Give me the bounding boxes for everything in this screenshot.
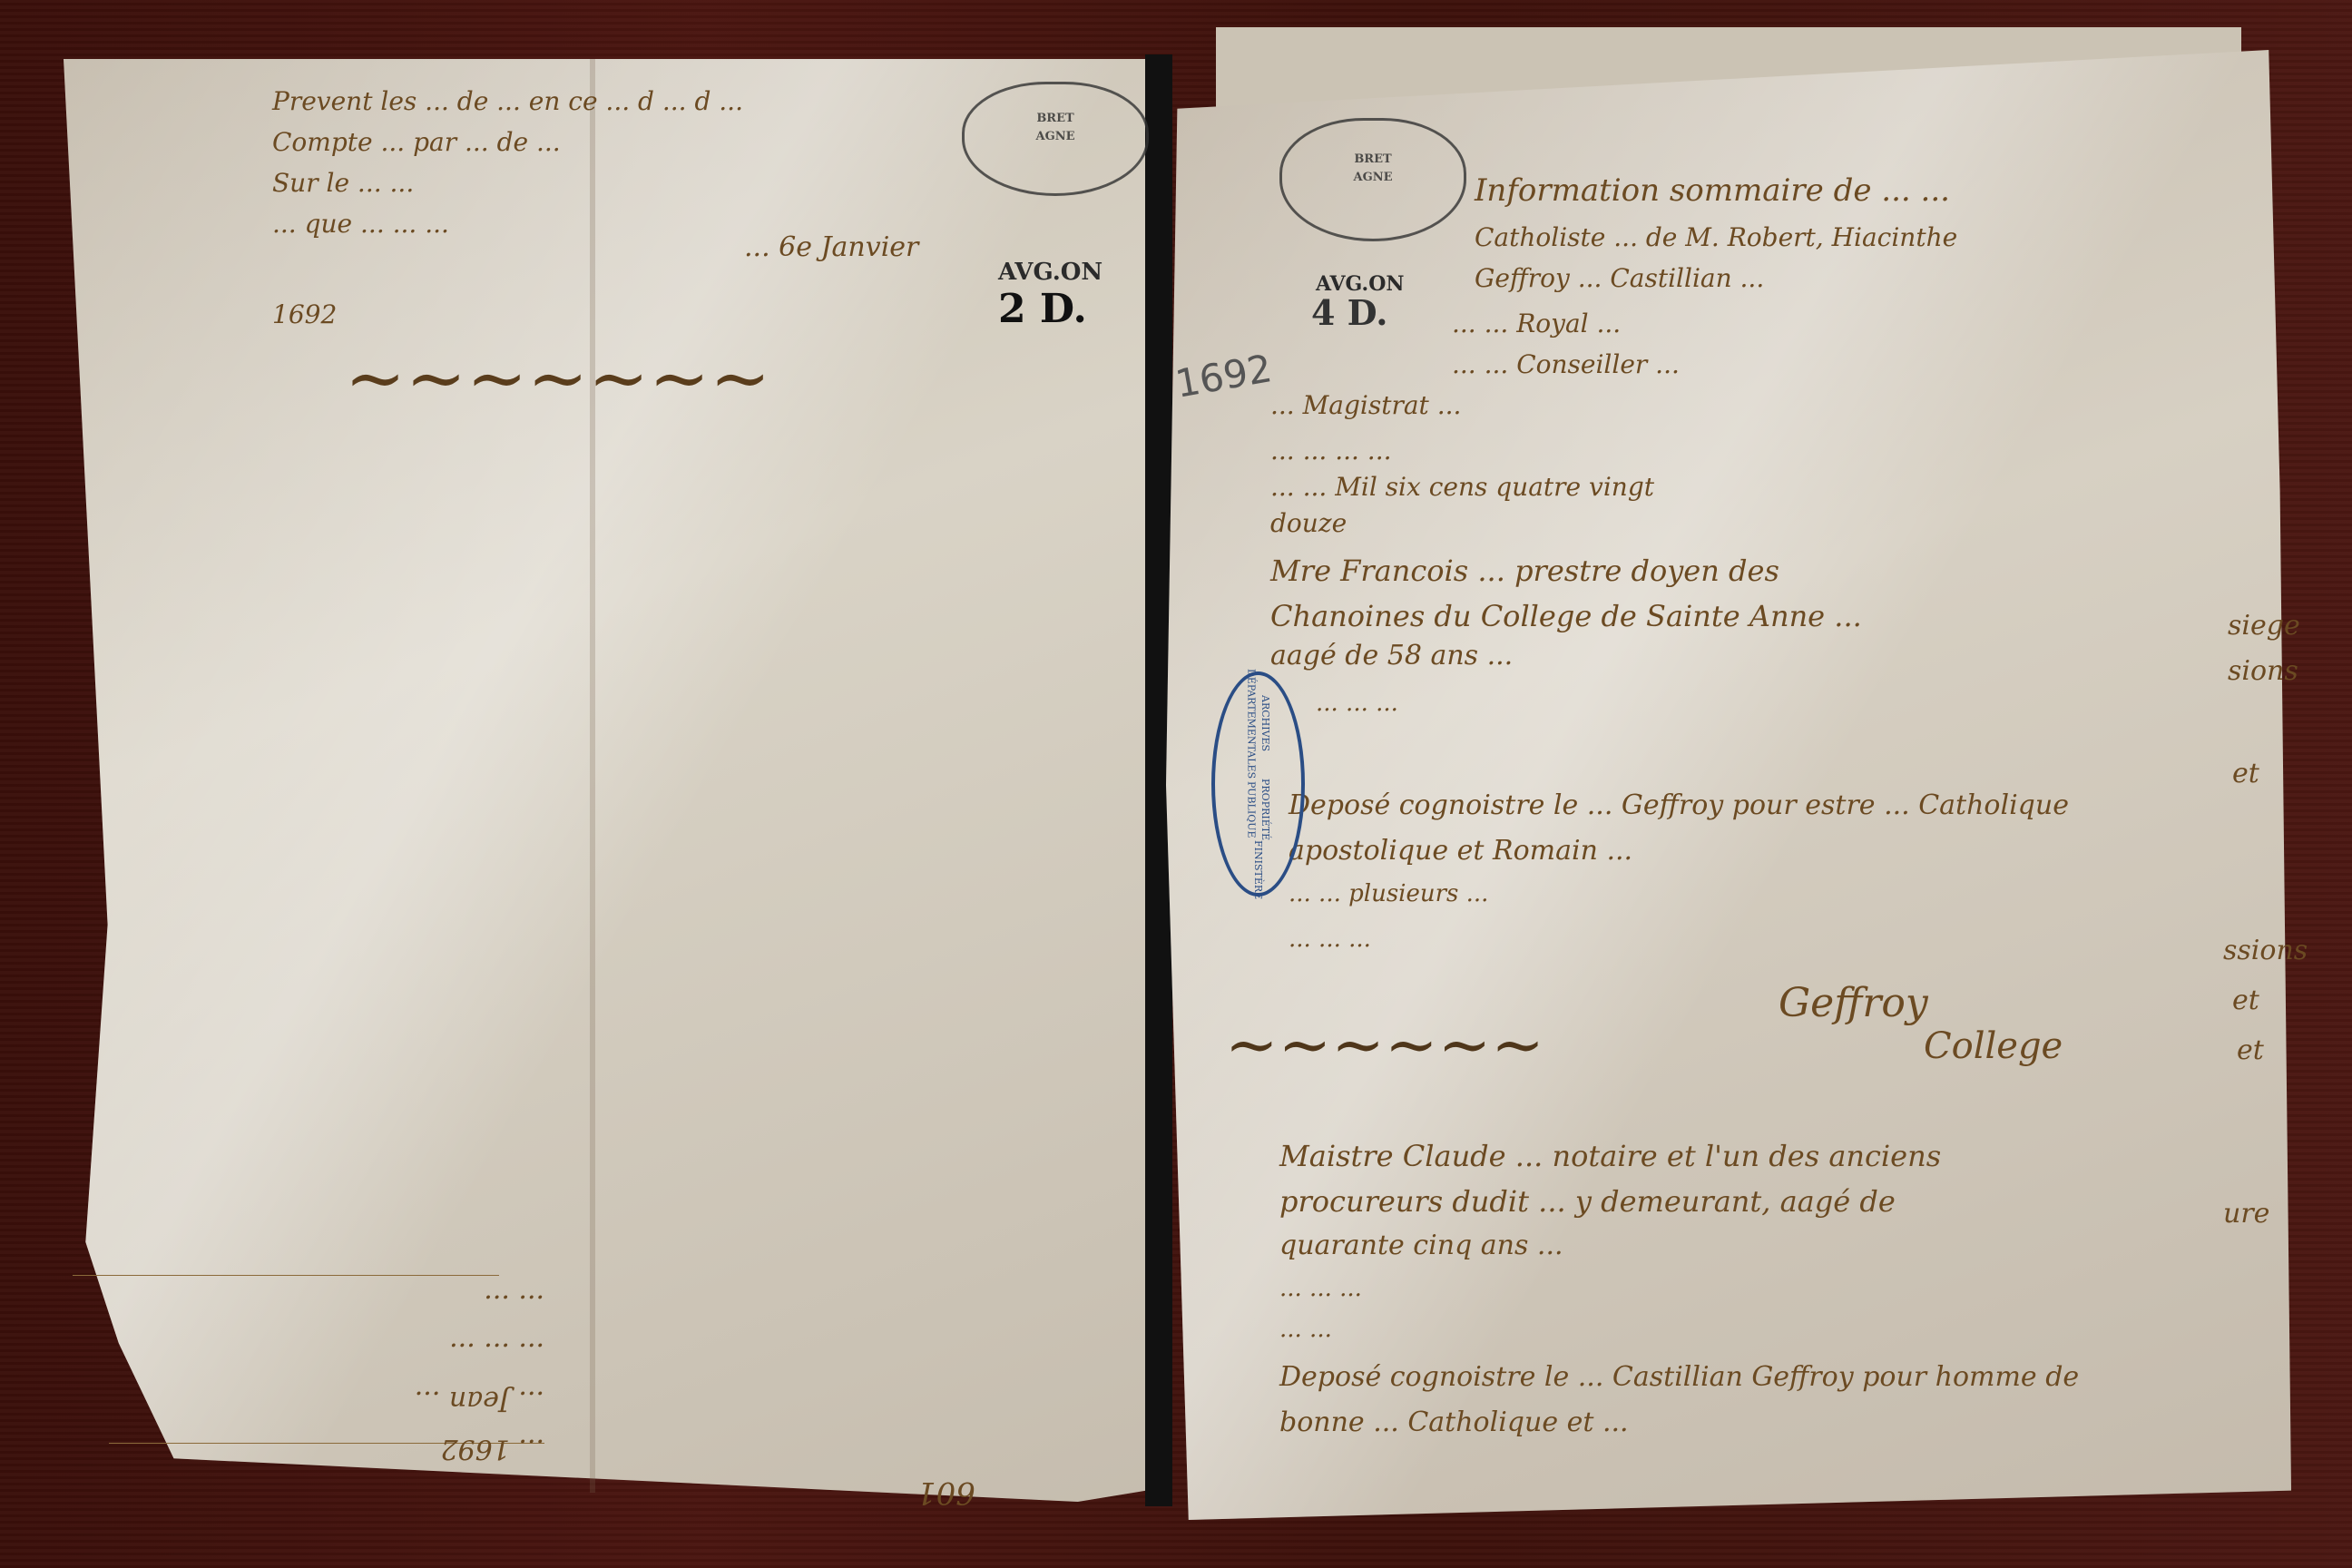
body-line: Deposé cognoistre le ... Castillian Geff…: [1279, 1361, 2079, 1393]
body-line: ... ... ...: [1316, 690, 1398, 717]
royal-stamp-crest: BRET AGNE: [1279, 118, 1466, 241]
body-line: ... ... Conseiller ...: [1452, 349, 1680, 379]
margin-word: sions: [2228, 655, 2298, 687]
docket-line: ... ... ...: [109, 1337, 544, 1368]
stamp-mark-value: 2 D.: [998, 286, 1087, 332]
body-line: ... ... ...: [1279, 1275, 1362, 1302]
crest-text: BRET: [1346, 152, 1400, 166]
docket-line: ... Jean ...: [109, 1385, 544, 1416]
body-line: apostolique et Romain ...: [1289, 835, 1632, 867]
inverted-docket: ... 1692 ... Jean ... ... ... ... ... ..…: [109, 1289, 544, 1465]
crest-text: AGNE: [1346, 171, 1400, 184]
left-header-line: ... 6e Janvier: [744, 231, 918, 263]
margin-word: et: [2232, 758, 2259, 789]
archive-stamp-line: FINISTÈRE: [1251, 840, 1265, 899]
body-line: Deposé cognoistre le ... Geffroy pour es…: [1289, 789, 2069, 821]
signature-flourish: ~~~~~~: [1225, 1007, 1544, 1082]
archive-stamp-line: ARCHIVES DÉPARTEMENTALES: [1244, 669, 1272, 779]
signature-flourish: ~~~~~~~: [345, 336, 770, 420]
signature: College: [1924, 1025, 2063, 1067]
docket-line: ... 1692: [109, 1433, 544, 1465]
body-line: douze: [1270, 508, 1347, 538]
body-line: ... Magistrat ...: [1270, 390, 1461, 420]
body-line: Mre Francois ... prestre doyen des: [1270, 554, 1779, 588]
margin-word: siege: [2228, 610, 2300, 642]
stamp-mark-value: 4 D.: [1311, 292, 1388, 333]
body-line: Maistre Claude ... notaire et l'un des a…: [1279, 1139, 1941, 1173]
body-line: ... ... Royal ...: [1452, 309, 1621, 338]
left-header-date: 1692: [272, 299, 337, 329]
ruled-line: [73, 1275, 499, 1276]
margin-word: et: [2232, 985, 2259, 1016]
stamp-mark-top: AVG.ON: [998, 259, 1102, 286]
document-title: Information sommaire de ... ...: [1475, 172, 1950, 209]
left-page-fold: [590, 59, 595, 1493]
body-line: ... ... ... ...: [1270, 436, 1392, 465]
signature: Geffroy: [1779, 980, 1928, 1026]
body-line: aagé de 58 ans ...: [1270, 640, 1513, 671]
docket-line: ... ...: [109, 1289, 544, 1320]
body-line: Catholiste ... de M. Robert, Hiacinthe: [1475, 222, 1957, 252]
left-header-line: Prevent les ... de ... en ce ... d ... d…: [272, 86, 743, 116]
body-line: Chanoines du College de Sainte Anne ...: [1270, 599, 1862, 633]
archive-stamp-line: PROPRIÉTÉ PUBLIQUE: [1244, 779, 1272, 840]
left-header-line: Compte ... par ... de ...: [272, 127, 561, 157]
crest-text: BRET: [1028, 112, 1083, 125]
folio-number: 601: [916, 1475, 975, 1511]
margin-word: ssions: [2223, 935, 2308, 966]
body-line: ... ... Mil six cens quatre vingt: [1270, 472, 1654, 502]
margin-word: ure: [2223, 1198, 2269, 1230]
body-line: bonne ... Catholique et ...: [1279, 1406, 1629, 1438]
crest-text: AGNE: [1028, 130, 1083, 143]
body-line: ... ...: [1279, 1316, 1332, 1343]
left-header-line: ... que ... ... ...: [272, 209, 449, 239]
left-header-line: Sur le ... ...: [272, 168, 414, 198]
archive-stamp: ARCHIVES DÉPARTEMENTALES PROPRIÉTÉ PUBLI…: [1211, 671, 1305, 897]
body-line: procureurs dudit ... y demeurant, aagé d…: [1279, 1184, 1896, 1219]
body-line: ... ... ...: [1289, 926, 1371, 953]
royal-stamp-crest: BRET AGNE: [962, 82, 1149, 196]
body-line: Geffroy ... Castillian ...: [1475, 263, 1764, 293]
body-line: ... ... plusieurs ...: [1289, 880, 1488, 907]
body-line: quarante cinq ans ...: [1279, 1230, 1563, 1261]
margin-word: et: [2237, 1034, 2264, 1066]
